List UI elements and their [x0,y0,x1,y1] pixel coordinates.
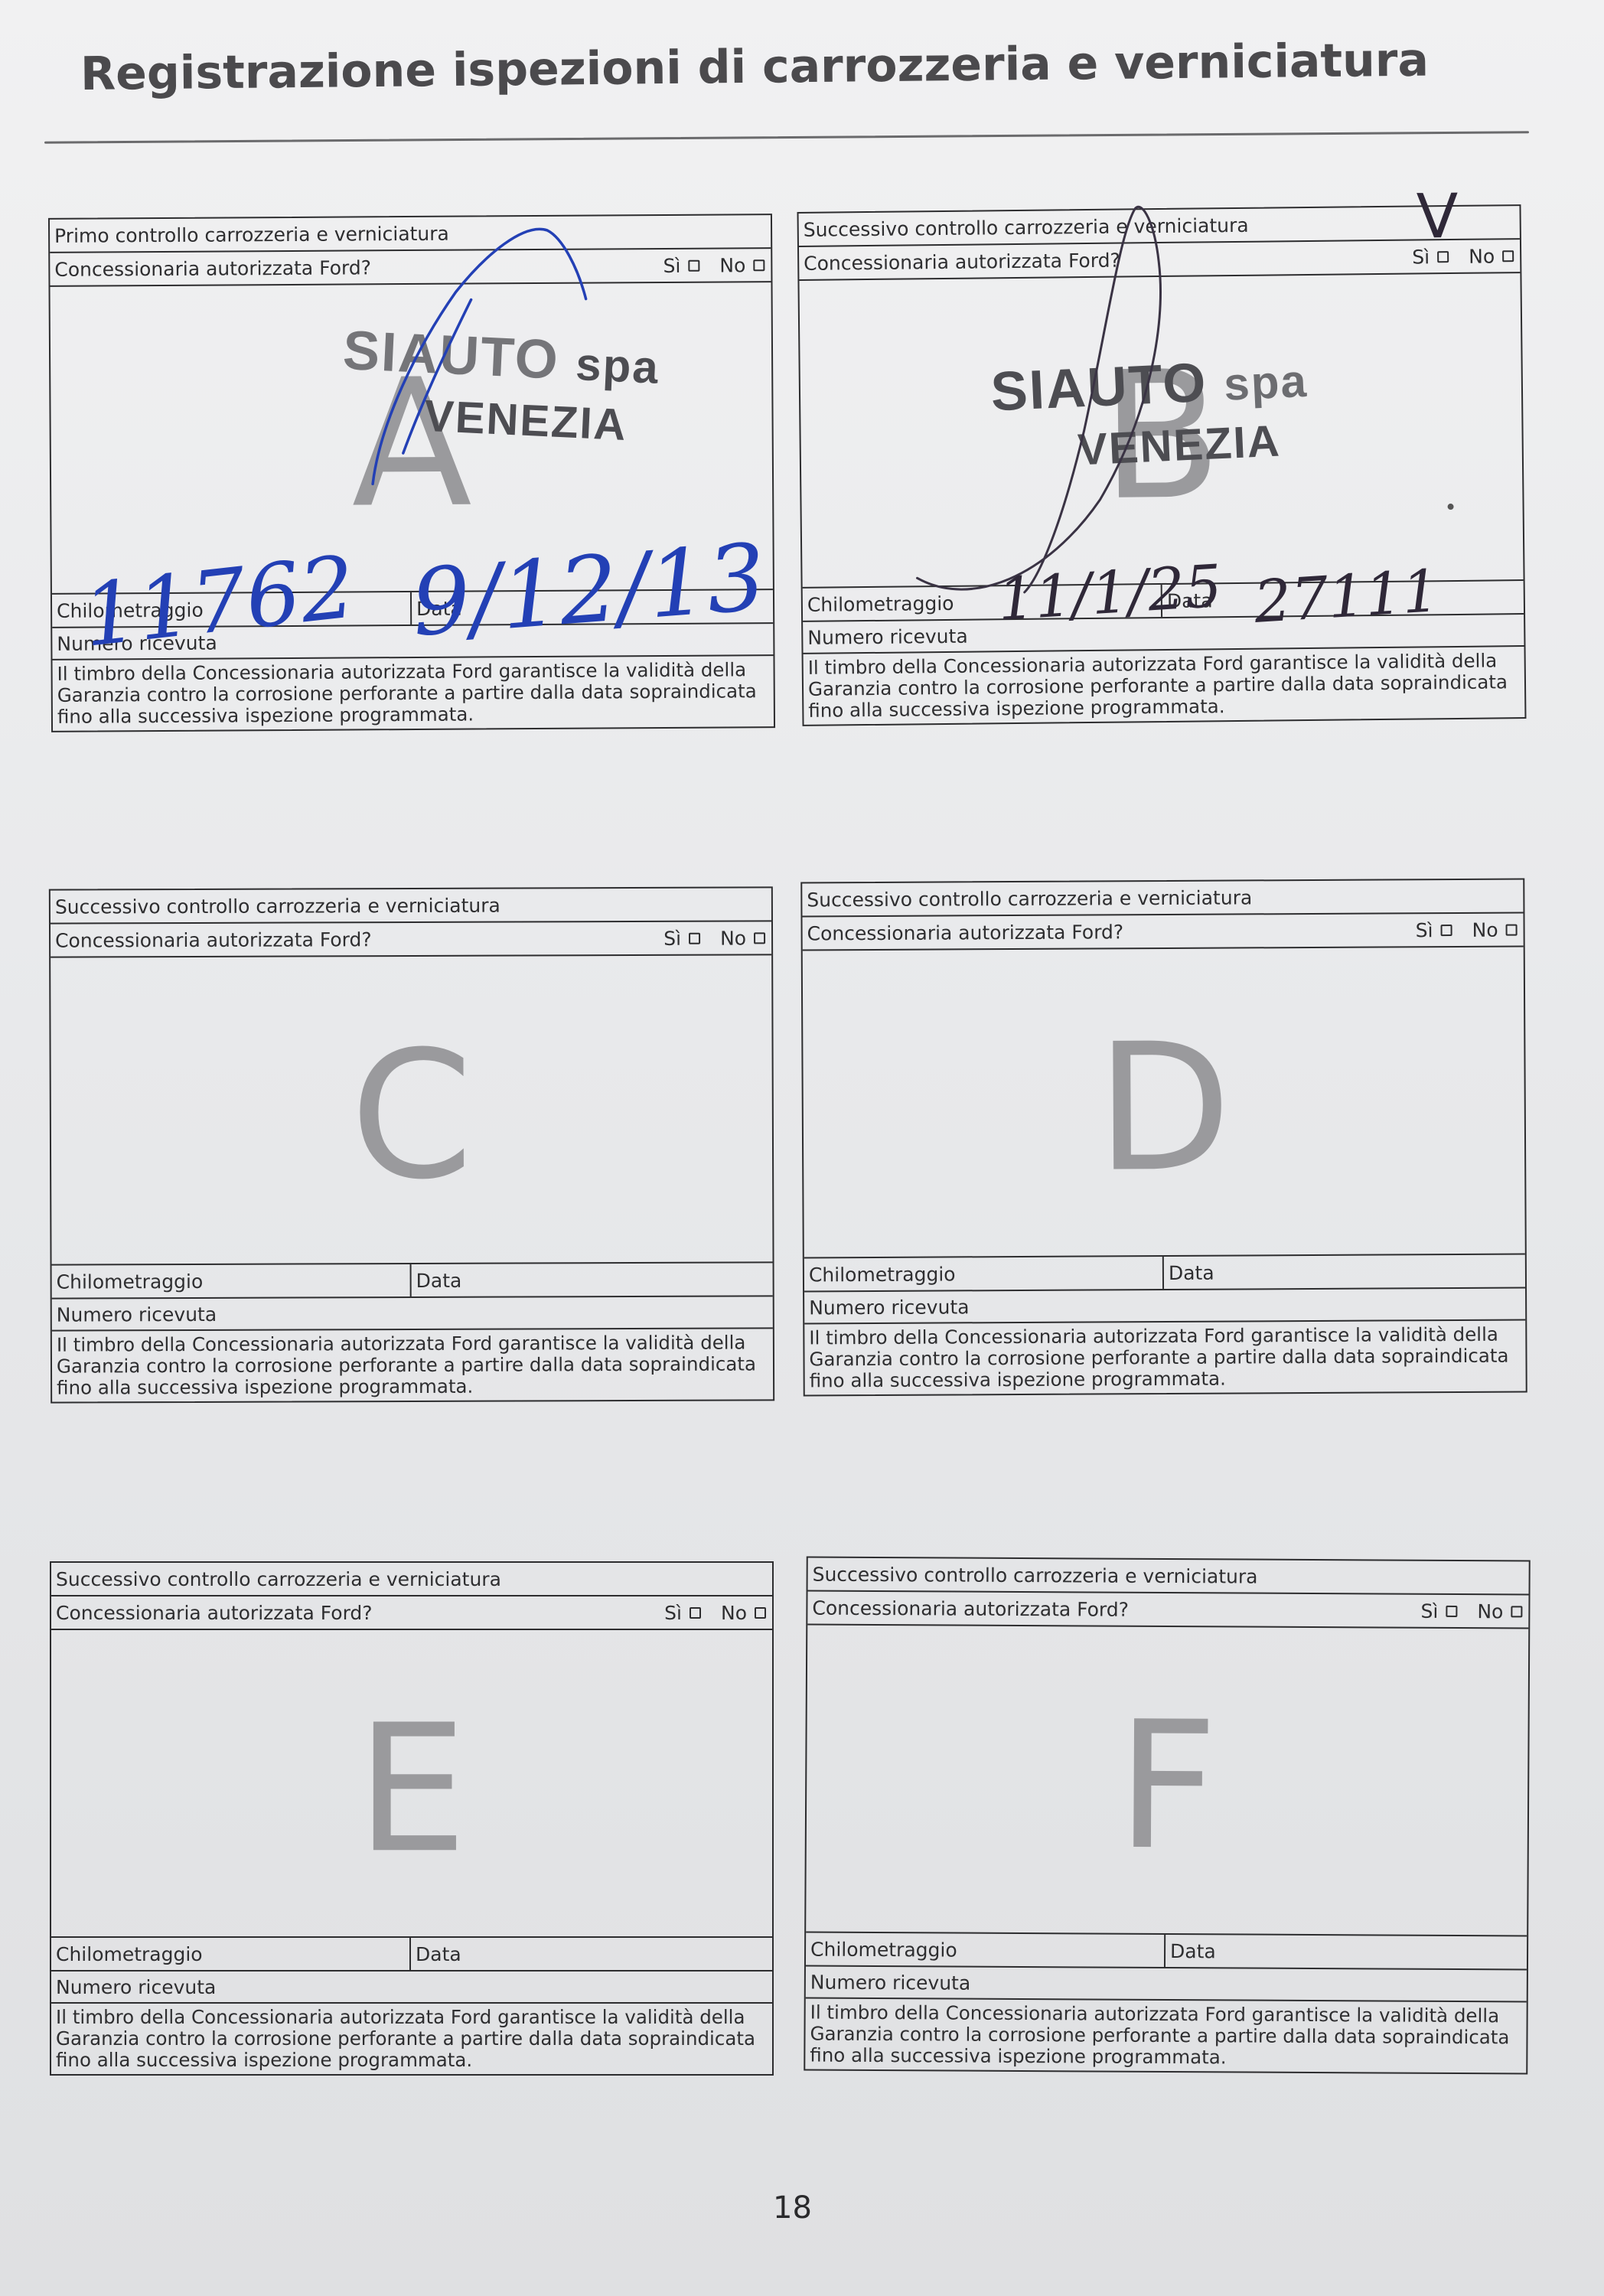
mileage-field[interactable]: Chilometraggio [804,1257,1164,1290]
title-divider [44,131,1529,144]
no-checkbox[interactable] [1502,250,1514,262]
box-letter-watermark: E [356,1702,467,1878]
mileage-label: Chilometraggio [810,1938,957,1961]
yes-label: Sì [1416,919,1433,941]
ink-dot [1448,504,1454,510]
yes-checkbox[interactable] [1437,251,1449,263]
mileage-date-row: Chilometraggio Data [51,1938,772,1971]
box-header-text: Successivo controllo carrozzeria e verni… [56,1568,501,1590]
yes-label: Sì [663,927,681,949]
inspection-box-a: Primo controllo carrozzeria e verniciatu… [48,214,775,732]
box-header-text: Successivo controllo carrozzeria e verni… [813,1563,1258,1587]
warranty-disclaimer: Il timbro della Concessionaria autorizza… [804,647,1525,725]
box-letter-watermark: D [1096,1021,1232,1198]
box-header: Successivo controllo carrozzeria e verni… [808,1558,1529,1596]
stamp-area[interactable]: B SIAUTOspa VENEZIA [799,273,1523,589]
box-header-text: Primo controllo carrozzeria e verniciatu… [54,222,449,246]
stamp-suffix: spa [1223,355,1309,410]
no-option[interactable]: No [1469,245,1514,268]
no-checkbox[interactable] [1506,924,1518,935]
handwritten-mileage: 11/1/25 [996,557,1224,629]
no-checkbox[interactable] [754,932,765,944]
mileage-field[interactable]: Chilometraggio [52,1264,412,1298]
receipt-number-field[interactable]: Numero ricevuta [51,1971,772,2004]
date-label: Data [1170,1940,1216,1962]
warranty-disclaimer: Il timbro della Concessionaria autorizza… [52,1329,773,1401]
no-label: No [1477,1600,1503,1623]
yes-option[interactable]: Sì [663,254,699,276]
box-header: Successivo controllo carrozzeria e verni… [51,1563,772,1596]
warranty-disclaimer: Il timbro della Concessionaria autorizza… [805,1999,1526,2073]
no-option[interactable]: No [1472,918,1518,941]
mileage-field[interactable]: Chilometraggio [51,1938,411,1970]
mileage-label: Chilometraggio [809,1263,956,1286]
box-header-text: Successivo controllo carrozzeria e verni… [804,214,1249,240]
yes-option[interactable]: Sì [664,1602,701,1624]
date-field[interactable]: Data [412,1263,773,1296]
receipt-label: Numero ricevuta [807,625,968,648]
receipt-label: Numero ricevuta [56,1976,216,1998]
box-letter-watermark: F [1116,1699,1218,1876]
dealer-question-label: Concessionaria autorizzata Ford? [812,1596,1129,1620]
stamp-area[interactable]: C [51,955,772,1265]
mileage-date-row: Chilometraggio Data [804,1255,1525,1293]
dealer-question-label: Concessionaria autorizzata Ford? [54,256,371,281]
dealer-question-row: Concessionaria autorizzata Ford? Sì No [802,914,1523,951]
box-letter-watermark: C [350,1029,473,1205]
mileage-label: Chilometraggio [807,592,954,615]
inspection-box-c: Successivo controllo carrozzeria e verni… [49,886,774,1403]
stamp-name: SIAUTO [989,352,1208,423]
box-header-text: Successivo controllo carrozzeria e verni… [807,886,1252,911]
date-field[interactable]: Data [1166,1935,1527,1968]
no-label: No [719,254,745,276]
receipt-number-field[interactable]: Numero ricevuta [52,1296,773,1331]
yes-checkbox[interactable] [1446,1605,1457,1616]
yes-option[interactable]: Sì V [1412,246,1449,268]
date-field[interactable]: Data [1164,1255,1525,1289]
no-label: No [1472,918,1498,941]
no-checkbox[interactable] [753,259,765,271]
yes-label: Sì [664,1602,682,1624]
dealer-question-row: Concessionaria autorizzata Ford? Sì No [50,249,771,287]
stamp-area[interactable]: E [51,1630,772,1938]
receipt-label: Numero ricevuta [810,1971,971,1994]
box-header: Primo controllo carrozzeria e verniciatu… [50,215,771,253]
mileage-date-row: Chilometraggio Data [52,1263,773,1299]
dealer-question-row: Concessionaria autorizzata Ford? Sì No [807,1592,1528,1629]
stamp-city: VENEZIA [423,394,657,449]
warranty-disclaimer: Il timbro della Concessionaria autorizza… [52,656,774,731]
no-option[interactable]: No [720,927,765,949]
yes-label: Sì [1420,1600,1438,1622]
stamp-name: SIAUTO [341,320,560,391]
inspection-box-d: Successivo controllo carrozzeria e verni… [800,879,1527,1397]
page-number: 18 [773,2190,812,2226]
date-field[interactable]: Data [411,1938,772,1970]
no-checkbox[interactable] [755,1607,766,1619]
stamp-suffix: spa [575,338,660,393]
yes-checkbox[interactable] [1441,925,1452,936]
date-label: Data [416,1269,462,1291]
handwritten-date: 9/12/13 [409,532,768,651]
yes-option[interactable]: Sì [1416,919,1452,941]
dealer-stamp: SIAUTOspa VENEZIA [989,351,1311,477]
date-label: Data [416,1943,461,1965]
no-label: No [721,1602,747,1624]
box-header: Successivo controllo carrozzeria e verni… [802,880,1523,918]
inspection-box-b: Successivo controllo carrozzeria e verni… [797,204,1527,726]
receipt-number-field[interactable]: Numero ricevuta [804,1289,1525,1325]
yes-option[interactable]: Sì [1420,1600,1457,1622]
yes-option[interactable]: Sì [663,927,700,949]
no-label: No [1469,245,1495,267]
mileage-date-row: Chilometraggio Data [806,1933,1527,1971]
dealer-stamp: SIAUTOspa VENEZIA [339,323,660,449]
handwritten-date: 27111 [1253,562,1441,631]
yes-checkbox[interactable] [688,259,699,271]
box-header-text: Successivo controllo carrozzeria e verni… [55,894,500,918]
dealer-question-row: Concessionaria autorizzata Ford? Sì No [51,921,771,957]
yes-checkbox[interactable] [690,1607,701,1619]
dealer-question-label: Concessionaria autorizzata Ford? [807,921,1124,944]
receipt-number-field[interactable]: Numero ricevuta [806,1967,1527,2003]
stamp-city: VENEZIA [1077,418,1311,473]
inspection-box-e: Successivo controllo carrozzeria e verni… [50,1561,774,2076]
receipt-label: Numero ricevuta [57,1303,217,1326]
dealer-question-label: Concessionaria autorizzata Ford? [55,928,372,951]
mileage-field[interactable]: Chilometraggio [806,1933,1166,1967]
date-label: Data [1169,1261,1214,1283]
inspection-box-f: Successivo controllo carrozzeria e verni… [804,1557,1531,2075]
page-title: Registrazione ispezioni di carrozzeria e… [80,32,1535,101]
dealer-question-row: Concessionaria autorizzata Ford? Sì No [51,1596,772,1630]
receipt-label: Numero ricevuta [809,1296,970,1319]
mileage-label: Chilometraggio [56,1943,203,1965]
no-checkbox[interactable] [1511,1606,1522,1617]
warranty-disclaimer: Il timbro della Concessionaria autorizza… [804,1321,1525,1395]
yes-checkbox[interactable] [689,932,700,944]
checkmark-icon: V [1416,185,1459,247]
dealer-question-label: Concessionaria autorizzata Ford? [804,249,1120,274]
no-option[interactable]: No [1477,1600,1522,1623]
dealer-question-label: Concessionaria autorizzata Ford? [56,1602,373,1624]
no-option[interactable]: No [719,254,765,276]
stamp-area[interactable]: D [803,947,1525,1259]
stamp-area[interactable]: F [806,1626,1528,1937]
no-label: No [720,927,746,949]
yes-label: Sì [663,254,680,276]
mileage-label: Chilometraggio [57,1270,204,1293]
warranty-disclaimer: Il timbro della Concessionaria autorizza… [51,2004,772,2074]
box-header: Successivo controllo carrozzeria e verni… [51,888,771,924]
no-option[interactable]: No [721,1602,766,1624]
